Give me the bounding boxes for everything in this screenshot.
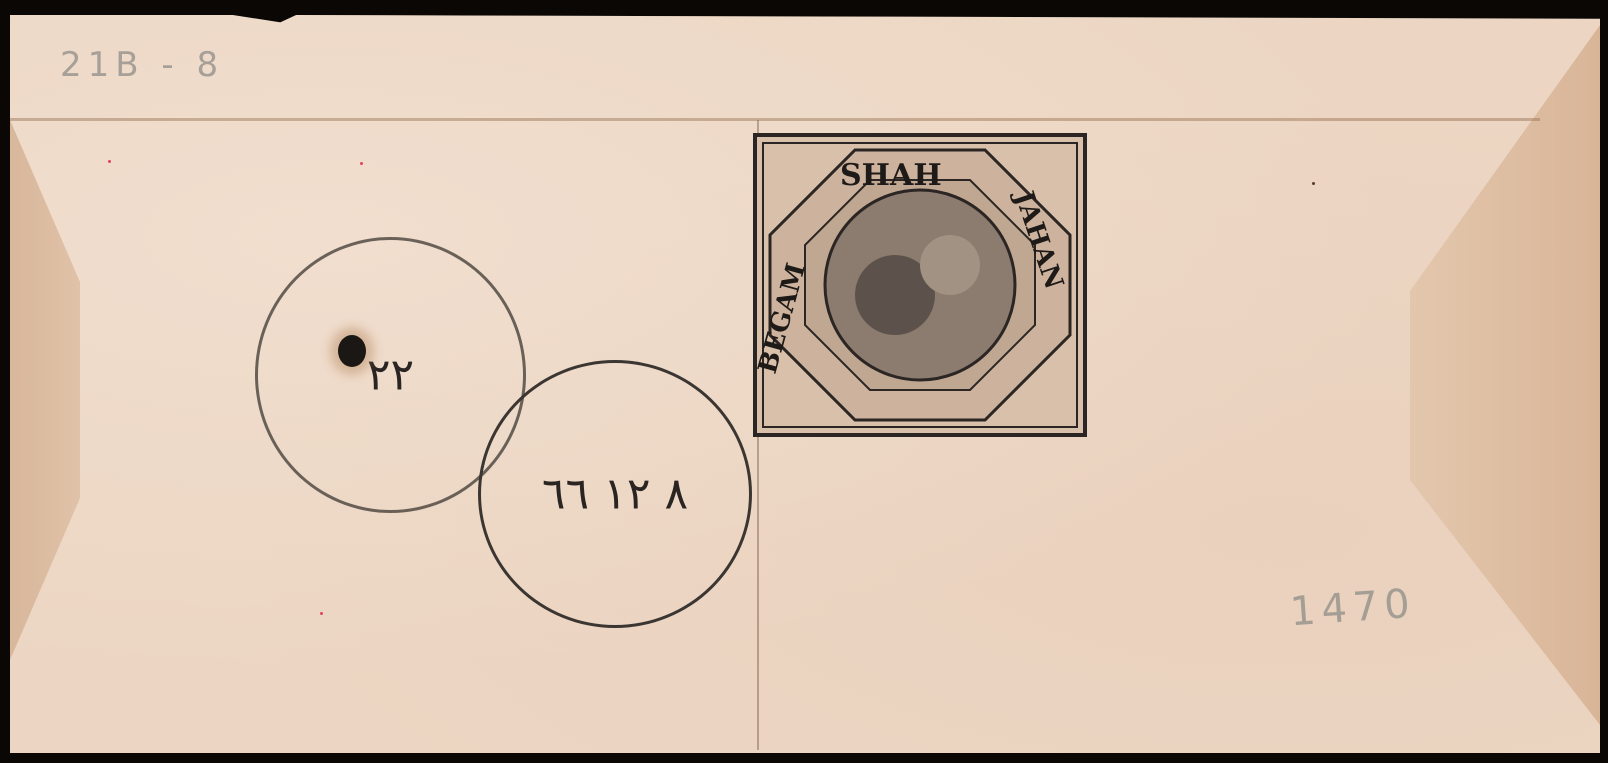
pencil-note-bottom: 1470	[1289, 581, 1418, 636]
postmark-left-text: ٢٢	[367, 350, 414, 401]
stamp-inscription-top: SHAH	[840, 158, 942, 193]
red-speck	[108, 160, 111, 163]
ink-blot	[338, 335, 366, 367]
postmark-right: ٨ ١٢ ٦٦	[478, 360, 752, 628]
pencil-note-top: 21B - 8	[60, 45, 224, 85]
top-flap-fold	[10, 118, 1540, 121]
dark-speck	[1312, 182, 1315, 185]
red-speck	[360, 162, 363, 165]
postmark-right-text: ٨ ١٢ ٦٦	[542, 469, 688, 520]
svg-text:SHAH: SHAH	[840, 158, 942, 193]
red-speck	[320, 612, 323, 615]
stamp: SHAH JAHAN BEGAM	[745, 125, 1095, 445]
